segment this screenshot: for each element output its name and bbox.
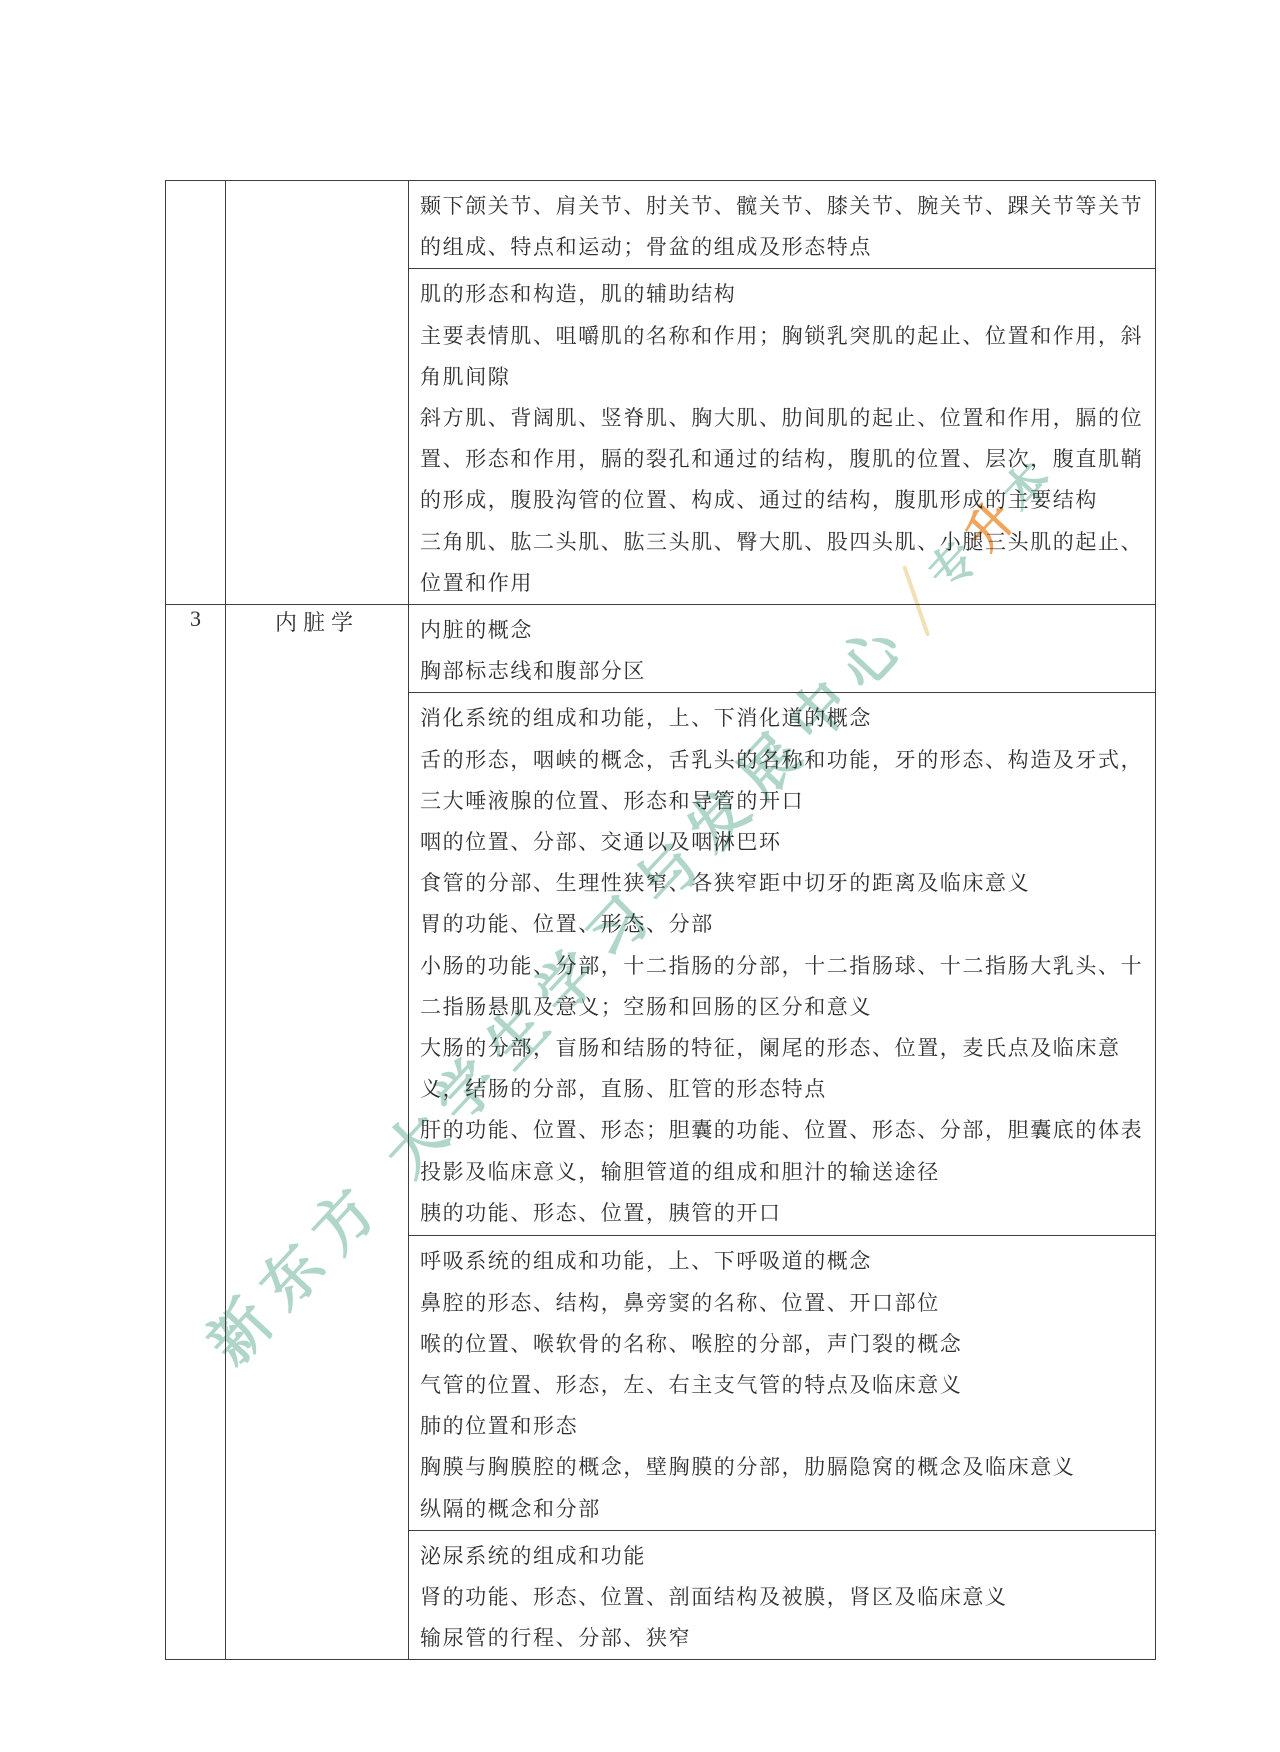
syllabus-table: 颞下颌关节、肩关节、肘关节、髋关节、膝关节、腕关节、踝关节等关节的组成、特点和运…: [165, 180, 1156, 1660]
content-line: 小肠的功能、分部，十二指肠的分部，十二指肠球、十二指肠大乳头、十: [420, 946, 1144, 987]
topic-cell-urinary-system: 泌尿系统的组成和功能肾的功能、形态、位置、剖面结构及被膜，肾区及临床意义输尿管的…: [409, 1530, 1156, 1660]
chapter-number-cell: 3: [166, 605, 226, 1660]
table-row: 3 内脏学 内脏的概念胸部标志线和腹部分区: [166, 605, 1156, 693]
content-line: 呼吸系统的组成和功能，上、下呼吸道的概念: [420, 1241, 1144, 1282]
content-line: 义，结肠的分部，直肠、肛管的形态特点: [420, 1069, 1144, 1110]
chapter-number-cell: [166, 181, 226, 605]
content-line: 三大唾液腺的位置、形态和导管的开口: [420, 781, 1144, 822]
content-line: 胸膜与胸膜腔的概念，壁胸膜的分部，肋膈隐窝的概念及临床意义: [420, 1447, 1144, 1488]
topic-cell-viscera-concept: 内脏的概念胸部标志线和腹部分区: [409, 605, 1156, 693]
content-line: 的组成、特点和运动；骨盆的组成及形态特点: [420, 227, 1144, 268]
content-line: 置、形态和作用，膈的裂孔和通过的结构，腹肌的位置、层次，腹直肌鞘: [420, 439, 1144, 480]
content-line: 消化系统的组成和功能，上、下消化道的概念: [420, 698, 1144, 739]
content-line: 主要表情肌、咀嚼肌的名称和作用；胸锁乳突肌的起止、位置和作用，斜: [420, 316, 1144, 357]
content-line: 肾的功能、形态、位置、剖面结构及被膜，肾区及临床意义: [420, 1577, 1144, 1618]
content-line: 舌的形态，咽峡的概念，舌乳头的名称和功能，牙的形态、构造及牙式，: [420, 740, 1144, 781]
topic-cell-joints: 颞下颌关节、肩关节、肘关节、髋关节、膝关节、腕关节、踝关节等关节的组成、特点和运…: [409, 181, 1156, 269]
content-line: 三角肌、肱二头肌、肱三头肌、臀大肌、股四头肌、小腿三头肌的起止、: [420, 522, 1144, 563]
content-line: 纵隔的概念和分部: [420, 1489, 1144, 1530]
chapter-title-cell: 内脏学: [226, 605, 409, 1660]
content-line: 肝的功能、位置、形态；胆囊的功能、位置、形态、分部，胆囊底的体表: [420, 1110, 1144, 1151]
content-line: 二指肠悬肌及意义；空肠和回肠的区分和意义: [420, 987, 1144, 1028]
content-line: 胃的功能、位置、形态、分部: [420, 904, 1144, 945]
content-line: 喉的位置、喉软骨的名称、喉腔的分部，声门裂的概念: [420, 1324, 1144, 1365]
document-page: 新东方 大学生学习与发展中心 专升本 颞下颌关节、肩关节、肘关节、髋关节、膝关节…: [0, 0, 1280, 1752]
content-line: 胸部标志线和腹部分区: [420, 651, 1144, 692]
content-line: 角肌间隙: [420, 357, 1144, 398]
content-line: 内脏的概念: [420, 610, 1144, 651]
topic-cell-muscles: 肌的形态和构造，肌的辅助结构主要表情肌、咀嚼肌的名称和作用；胸锁乳突肌的起止、位…: [409, 269, 1156, 605]
topic-cell-respiratory-system: 呼吸系统的组成和功能，上、下呼吸道的概念鼻腔的形态、结构，鼻旁窦的名称、位置、开…: [409, 1236, 1156, 1530]
content-line: 胰的功能、形态、位置，胰管的开口: [420, 1193, 1144, 1234]
topic-cell-digestive-system: 消化系统的组成和功能，上、下消化道的概念舌的形态，咽峡的概念，舌乳头的名称和功能…: [409, 693, 1156, 1236]
content-line: 的形成，腹股沟管的位置、构成、通过的结构，腹肌形成的主要结构: [420, 480, 1144, 521]
content-line: 食管的分部、生理性狭窄、各狭窄距中切牙的距离及临床意义: [420, 863, 1144, 904]
content-line: 咽的位置、分部、交通以及咽淋巴环: [420, 822, 1144, 863]
content-line: 输尿管的行程、分部、狭窄: [420, 1618, 1144, 1659]
content-line: 投影及临床意义，输胆管道的组成和胆汁的输送途径: [420, 1152, 1144, 1193]
content-line: 肺的位置和形态: [420, 1406, 1144, 1447]
content-line: 泌尿系统的组成和功能: [420, 1536, 1144, 1577]
table-row: 颞下颌关节、肩关节、肘关节、髋关节、膝关节、腕关节、踝关节等关节的组成、特点和运…: [166, 181, 1156, 269]
content-line: 位置和作用: [420, 563, 1144, 604]
content-line: 气管的位置、形态，左、右主支气管的特点及临床意义: [420, 1365, 1144, 1406]
content-line: 肌的形态和构造，肌的辅助结构: [420, 274, 1144, 315]
chapter-title-cell: [226, 181, 409, 605]
content-line: 大肠的分部，盲肠和结肠的特征，阑尾的形态、位置，麦氏点及临床意: [420, 1028, 1144, 1069]
content-line: 斜方肌、背阔肌、竖脊肌、胸大肌、肋间肌的起止、位置和作用，膈的位: [420, 398, 1144, 439]
content-line: 鼻腔的形态、结构，鼻旁窦的名称、位置、开口部位: [420, 1283, 1144, 1324]
content-line: 颞下颌关节、肩关节、肘关节、髋关节、膝关节、腕关节、踝关节等关节: [420, 186, 1144, 227]
